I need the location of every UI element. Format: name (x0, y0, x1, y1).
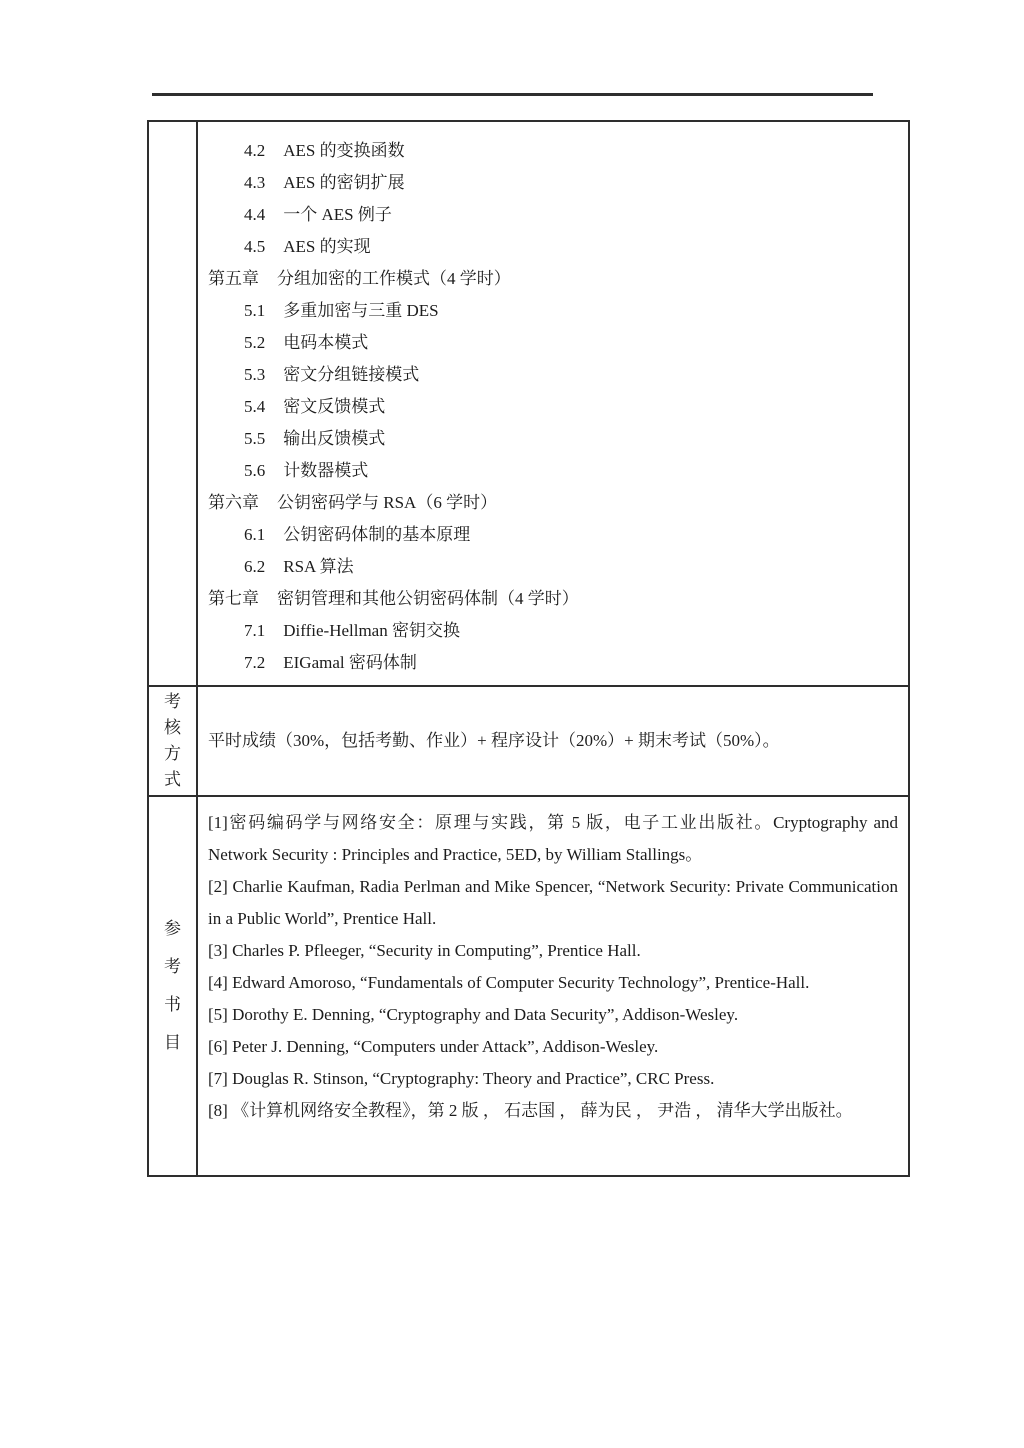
syllabus-table: 4.2AES 的变换函数 4.3AES 的密钥扩展 4.4一个 AES 例子 4… (147, 120, 910, 1177)
outline-item: 6.2RSA 算法 (208, 551, 900, 583)
outline-item-title: 多重加密与三重 DES (283, 301, 438, 320)
outline-item-title: 公钥密码体制的基本原理 (283, 525, 470, 544)
outline-item: 第七章密钥管理和其他公钥密码体制（4 学时） (208, 583, 900, 615)
outline-item: 4.4一个 AES 例子 (208, 199, 900, 231)
outline-item-number: 6.2 (244, 557, 265, 576)
outline-item: 5.1多重加密与三重 DES (208, 295, 900, 327)
outline-item-title: EIGamal 密码体制 (283, 653, 417, 672)
outline-item-title: 密钥管理和其他公钥密码体制（4 学时） (277, 589, 579, 608)
assessment-row: 考核方式 平时成绩（30%，包括考勤、作业）+ 程序设计（20%）+ 期末考试（… (149, 685, 908, 795)
outline-item-number: 第五章 (208, 269, 259, 288)
references-label-cell: 参考书目 (149, 797, 198, 1175)
course-outline-list: 4.2AES 的变换函数 4.3AES 的密钥扩展 4.4一个 AES 例子 4… (198, 122, 908, 685)
reference-item: [6] Peter J. Denning, “Computers under A… (208, 1031, 898, 1063)
outline-item: 5.4密文反馈模式 (208, 391, 900, 423)
outline-item: 4.2AES 的变换函数 (208, 135, 900, 167)
assessment-content-cell: 平时成绩（30%，包括考勤、作业）+ 程序设计（20%）+ 期末考试（50%）。 (198, 687, 908, 795)
outline-item-number: 4.5 (244, 237, 265, 256)
outline-item: 7.2EIGamal 密码体制 (208, 647, 900, 679)
outline-item-number: 5.2 (244, 333, 265, 352)
outline-item-title: 电码本模式 (283, 333, 368, 352)
outline-item-number: 5.4 (244, 397, 265, 416)
references-label: 参考书目 (162, 910, 183, 1062)
outline-item-number: 4.2 (244, 141, 265, 160)
outline-item-number: 第七章 (208, 589, 259, 608)
course-outline-row: 4.2AES 的变换函数 4.3AES 的密钥扩展 4.4一个 AES 例子 4… (149, 122, 908, 685)
outline-item-title: 一个 AES 例子 (283, 205, 392, 224)
reference-item: [7] Douglas R. Stinson, “Cryptography: T… (208, 1063, 898, 1095)
outline-label-cell (149, 122, 198, 685)
outline-item-number: 4.3 (244, 173, 265, 192)
outline-item-number: 5.3 (244, 365, 265, 384)
outline-item-number: 7.2 (244, 653, 265, 672)
outline-item-number: 6.1 (244, 525, 265, 544)
reference-item: [4] Edward Amoroso, “Fundamentals of Com… (208, 967, 898, 999)
outline-item: 7.1Diffie-Hellman 密钥交换 (208, 615, 900, 647)
outline-item-title: 公钥密码学与 RSA（6 学时） (277, 493, 497, 512)
outline-item-title: AES 的实现 (283, 237, 370, 256)
reference-item: [1]密码编码学与网络安全：原理与实践，第 5 版，电子工业出版社。Crypto… (208, 807, 898, 871)
outline-item-title: Diffie-Hellman 密钥交换 (283, 621, 460, 640)
outline-item: 5.6计数器模式 (208, 455, 900, 487)
outline-item-title: AES 的密钥扩展 (283, 173, 404, 192)
reference-item: [3] Charles P. Pfleeger, “Security in Co… (208, 935, 898, 967)
outline-item: 4.3AES 的密钥扩展 (208, 167, 900, 199)
document-page: 4.2AES 的变换函数 4.3AES 的密钥扩展 4.4一个 AES 例子 4… (0, 0, 1024, 1448)
outline-item: 第五章分组加密的工作模式（4 学时） (208, 263, 900, 295)
outline-item-title: 输出反馈模式 (283, 429, 385, 448)
outline-item: 5.2电码本模式 (208, 327, 900, 359)
outline-item-title: 密文反馈模式 (283, 397, 385, 416)
outline-item-title: 分组加密的工作模式（4 学时） (277, 269, 511, 288)
outline-item-title: AES 的变换函数 (283, 141, 404, 160)
outline-item-number: 5.1 (244, 301, 265, 320)
outline-item-title: 密文分组链接模式 (283, 365, 419, 384)
outline-item: 4.5AES 的实现 (208, 231, 900, 263)
outline-item: 6.1公钥密码体制的基本原理 (208, 519, 900, 551)
assessment-label: 考核方式 (162, 689, 183, 793)
outline-item-number: 4.4 (244, 205, 265, 224)
header-rule (152, 93, 873, 96)
reference-item: [5] Dorothy E. Denning, “Cryptography an… (208, 999, 898, 1031)
outline-item-title: 计数器模式 (283, 461, 368, 480)
references-row: 参考书目 [1]密码编码学与网络安全：原理与实践，第 5 版，电子工业出版社。C… (149, 795, 908, 1175)
outline-item-number: 7.1 (244, 621, 265, 640)
outline-item-title: RSA 算法 (283, 557, 353, 576)
outline-item: 第六章公钥密码学与 RSA（6 学时） (208, 487, 900, 519)
assessment-label-cell: 考核方式 (149, 687, 198, 795)
outline-item: 5.3密文分组链接模式 (208, 359, 900, 391)
outline-item-number: 5.5 (244, 429, 265, 448)
outline-item-number: 第六章 (208, 493, 259, 512)
assessment-text: 平时成绩（30%，包括考勤、作业）+ 程序设计（20%）+ 期末考试（50%）。 (208, 728, 780, 754)
outline-item-number: 5.6 (244, 461, 265, 480)
references-list: [1]密码编码学与网络安全：原理与实践，第 5 版，电子工业出版社。Crypto… (198, 797, 908, 1175)
reference-item: [2] Charlie Kaufman, Radia Perlman and M… (208, 871, 898, 935)
reference-item: [8] 《计算机网络安全教程》，第 2 版 ， 石志国 ， 薛为民 ， 尹浩 ，… (208, 1095, 898, 1127)
outline-item: 5.5输出反馈模式 (208, 423, 900, 455)
